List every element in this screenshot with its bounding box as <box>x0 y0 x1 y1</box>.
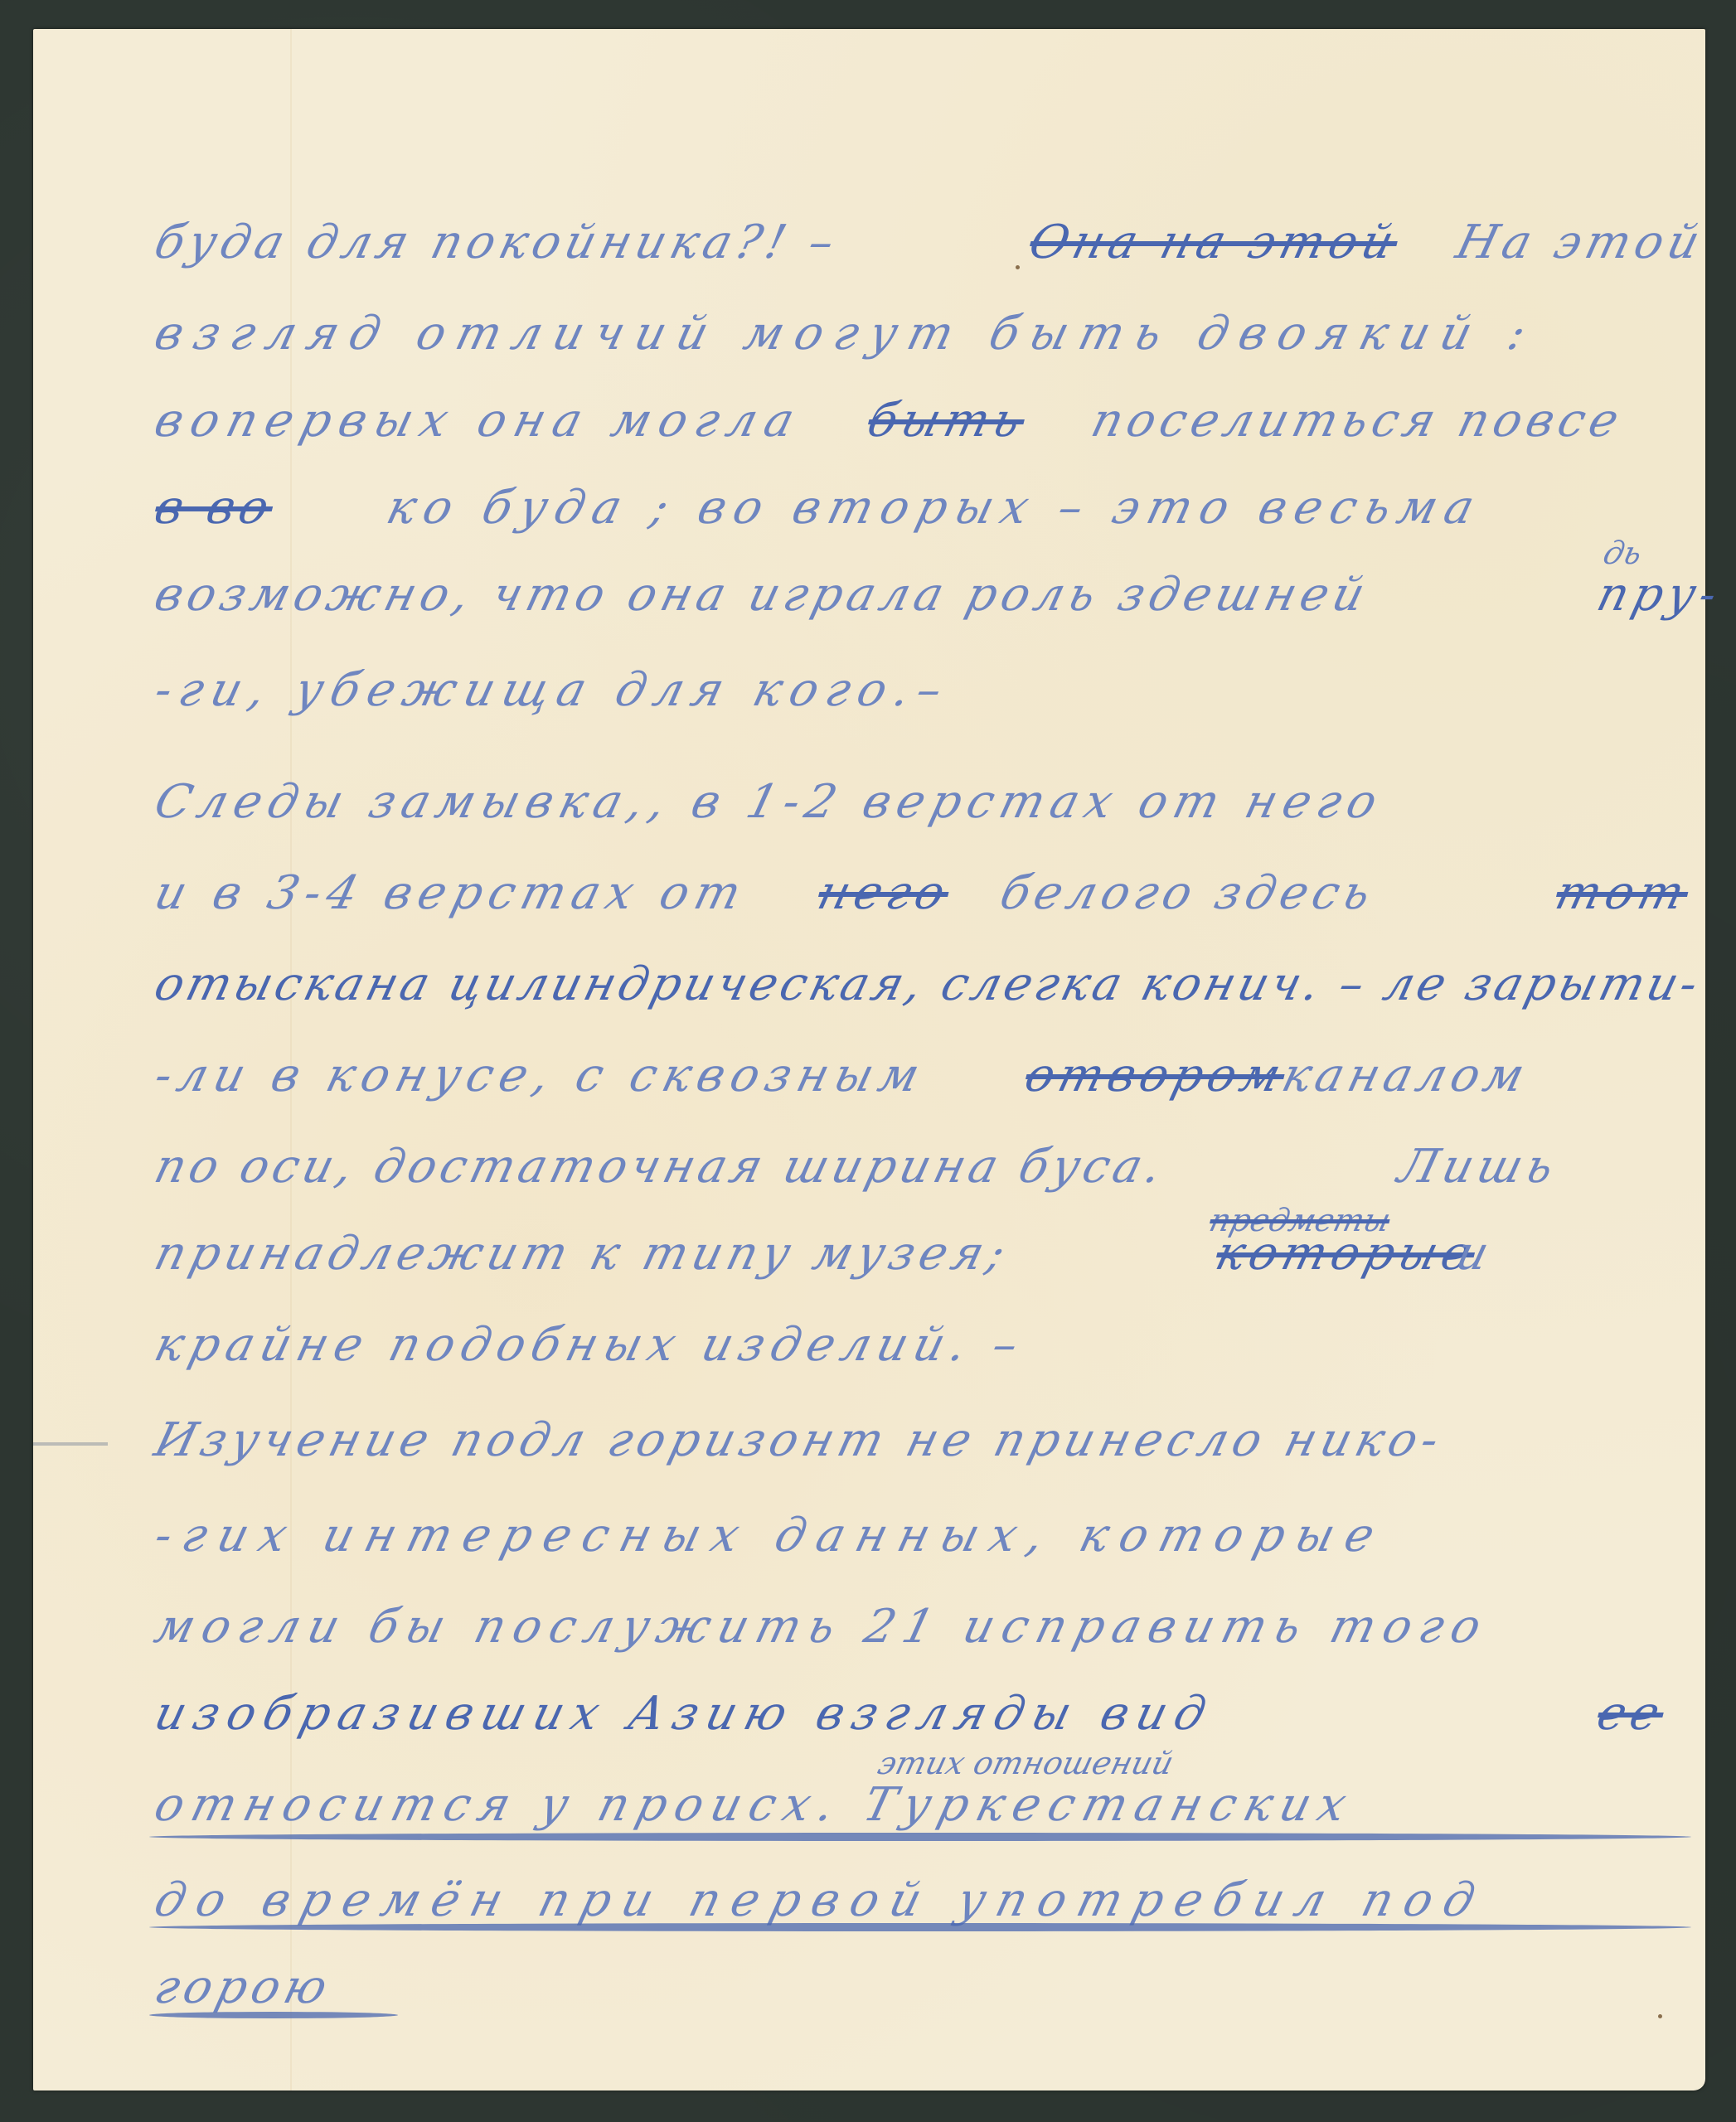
line-text: белого здесь <box>995 866 1381 920</box>
text-line-8: и в 3-4 верстах от него белого здесь тот <box>33 866 1705 966</box>
text-line-14: Изучение подл горизонт не принесло нико- <box>33 1413 1705 1513</box>
wavy-strikethrough <box>149 1923 1691 1931</box>
line-text: -гих интересных данных, которые <box>149 1509 1391 1562</box>
interlinear-insertion: этих отношений <box>875 1745 1178 1781</box>
line-text: изобразивших Азию взгляды вид <box>149 1687 1220 1741</box>
line-text: принадлежит к типу музея; <box>149 1227 1016 1281</box>
struck-text: горою <box>149 1960 337 2014</box>
struck-text: отвором <box>1020 1049 1291 1102</box>
struck-text: него <box>812 866 955 920</box>
line-text: -ги, убежища для кого.– <box>149 663 956 717</box>
line-text: и в 3-4 верстах от <box>149 866 753 920</box>
line-text: возможно, что она играла роль здешней <box>149 568 1375 622</box>
text-line-16: могли бы послужить 21 исправить того <box>33 1600 1705 1699</box>
text-line-17: изобразивших Азию взгляды вид ее <box>33 1687 1705 1786</box>
text-line-15: -гих интересных данных, которые <box>33 1509 1705 1608</box>
text-line-20: горою <box>33 1960 1705 2060</box>
line-text: по оси, достаточная ширина буса. <box>149 1140 1171 1194</box>
line-text: Изучение подл горизонт не принесло нико- <box>149 1413 1449 1467</box>
struck-text: относится у происх. Туркестанских <box>149 1778 1360 1832</box>
text-line-4: в во ко буда ; во вторых – это весьма <box>33 481 1705 580</box>
line-text: -ли в конусе, с сквозным <box>149 1049 931 1102</box>
wavy-strikethrough <box>149 1833 1691 1841</box>
line-text: поселиться повсе <box>1086 394 1629 448</box>
line-text: отыскана цилиндрическая, слегка конич. –… <box>149 957 1706 1011</box>
line-text: Лишь <box>1393 1140 1564 1194</box>
text-line-5: возможно, что она играла роль здешней дь… <box>33 568 1705 667</box>
line-text: могли бы послужить 21 исправить того <box>149 1600 1495 1654</box>
text-line-11: по оси, достаточная ширина буса. Лишь <box>33 1140 1705 1239</box>
text-line-19: до времён при первой употребил под <box>33 1873 1705 1973</box>
line-text: На этой <box>1451 216 1709 269</box>
manuscript-page: буда для покойника?! – Она на этой На эт… <box>33 29 1705 2091</box>
text-line-3: вопервых она могла быть поселиться повсе <box>33 394 1705 493</box>
line-text: крайне подобных изделий. – <box>149 1318 1030 1372</box>
struck-text: Она на этой <box>1024 216 1404 269</box>
text-line-18: этих отношений относится у происх. Турке… <box>33 1778 1705 1877</box>
line-text: вопервых она могла <box>149 394 807 448</box>
text-line-7: Следы замывка,, в 1-2 верстах от него <box>33 775 1705 874</box>
struck-text: тот <box>1550 866 1695 920</box>
struck-text: в во <box>149 481 279 535</box>
text-line-9: отыскана цилиндрическая, слегка конич. –… <box>33 957 1705 1057</box>
line-text: каналом <box>1277 1049 1535 1102</box>
struck-text: быть <box>862 394 1031 448</box>
text-line-6: -ги, убежища для кого.– <box>33 663 1705 763</box>
struck-text: которые <box>1210 1227 1481 1281</box>
line-text: Следы замывка,, в 1-2 верстах от него <box>149 775 1389 829</box>
text-line-1: буда для покойника?! – Она на этой На эт… <box>33 216 1705 315</box>
line-text: взгляд отличий могут быть двоякий : <box>149 307 1543 361</box>
line-text: буда для покойника?! – <box>149 216 845 269</box>
wavy-strikethrough <box>149 2012 398 2018</box>
struck-text: до времён при первой употребил под <box>149 1873 1491 1927</box>
text-line-2: взгляд отличий могут быть двоякий : <box>33 307 1705 406</box>
line-text: пру- <box>1592 568 1728 622</box>
line-text: ко буда ; во вторых – это весьма <box>381 481 1488 535</box>
text-line-13: крайне подобных изделий. – <box>33 1318 1705 1417</box>
text-line-12: предметы принадлежит к типу музея; котор… <box>33 1227 1705 1326</box>
text-line-10: -ли в конусе, с сквозным отвором каналом <box>33 1049 1705 1148</box>
struck-text: ее <box>1592 1687 1670 1741</box>
